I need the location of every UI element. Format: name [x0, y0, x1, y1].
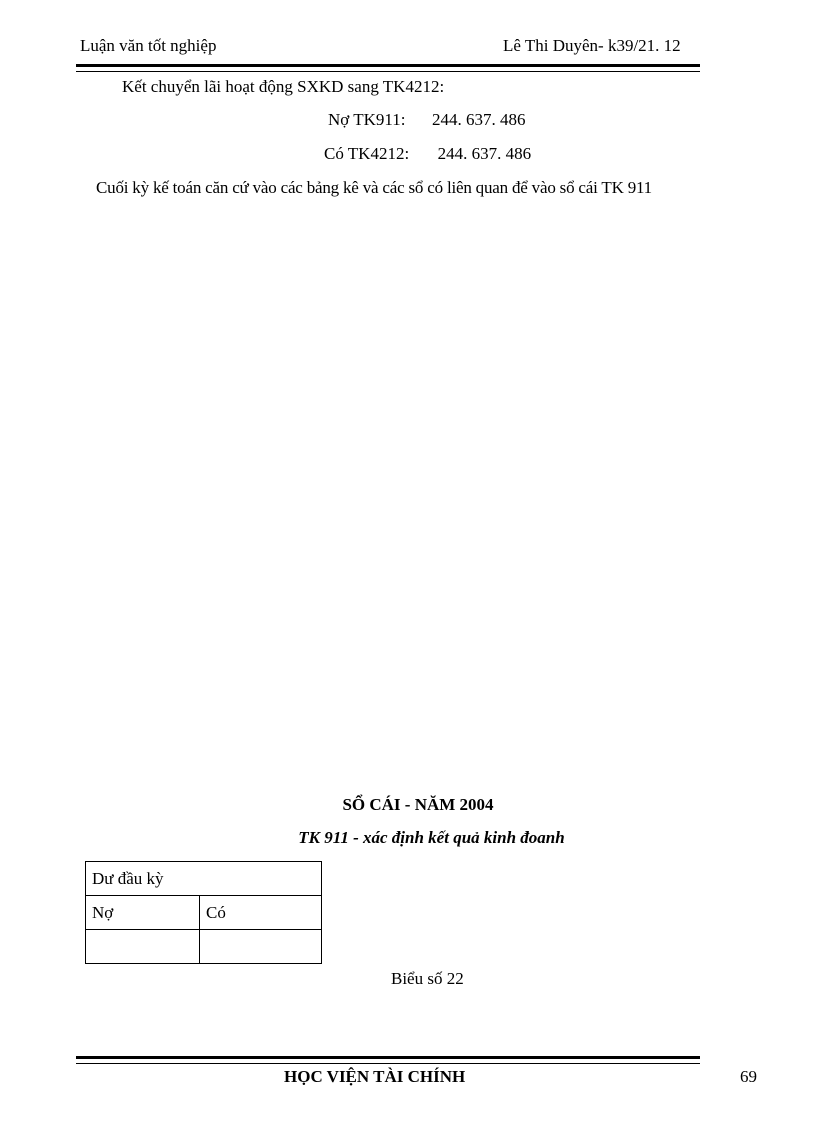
ledger-subtitle: TK 911 - xác định kết quả kinh đoanh: [0, 828, 816, 848]
debit-column-header: Nợ: [86, 896, 200, 930]
credit-cell: [200, 930, 322, 964]
debit-entry: Nợ TK911: 244. 637. 486: [328, 110, 525, 130]
credit-value: 244. 637. 486: [438, 144, 532, 163]
footer-institution: HỌC VIỆN TÀI CHÍNH: [284, 1067, 465, 1087]
period-end-note: Cuối kỳ kế toán căn cứ vào các bảng kê v…: [96, 178, 652, 198]
debit-value: 244. 637. 486: [432, 110, 526, 129]
credit-label: Có TK4212:: [324, 144, 409, 163]
table-row: [86, 930, 322, 964]
debit-label: Nợ TK911:: [328, 110, 405, 129]
header-author: Lê Thi Duyên- k39/21. 12: [503, 36, 681, 56]
header-rule: [76, 64, 700, 72]
opening-balance-header: Dư đầu kỳ: [86, 862, 322, 896]
header-left-title: Luận văn tốt nghiệp: [80, 36, 216, 56]
footer-rule: [76, 1056, 700, 1064]
opening-balance-table: Dư đầu kỳ Nợ Có: [85, 861, 322, 964]
figure-caption: Biểu số 22: [391, 969, 464, 989]
credit-entry: Có TK4212: 244. 637. 486: [324, 144, 531, 164]
page-number: 69: [740, 1067, 757, 1087]
transfer-profit-line: Kết chuyển lãi hoạt động SXKD sang TK421…: [122, 77, 444, 97]
debit-cell: [86, 930, 200, 964]
table-header-row: Dư đầu kỳ: [86, 862, 322, 896]
credit-column-header: Có: [200, 896, 322, 930]
table-column-row: Nợ Có: [86, 896, 322, 930]
ledger-title: SỔ CÁI - NĂM 2004: [0, 795, 816, 815]
